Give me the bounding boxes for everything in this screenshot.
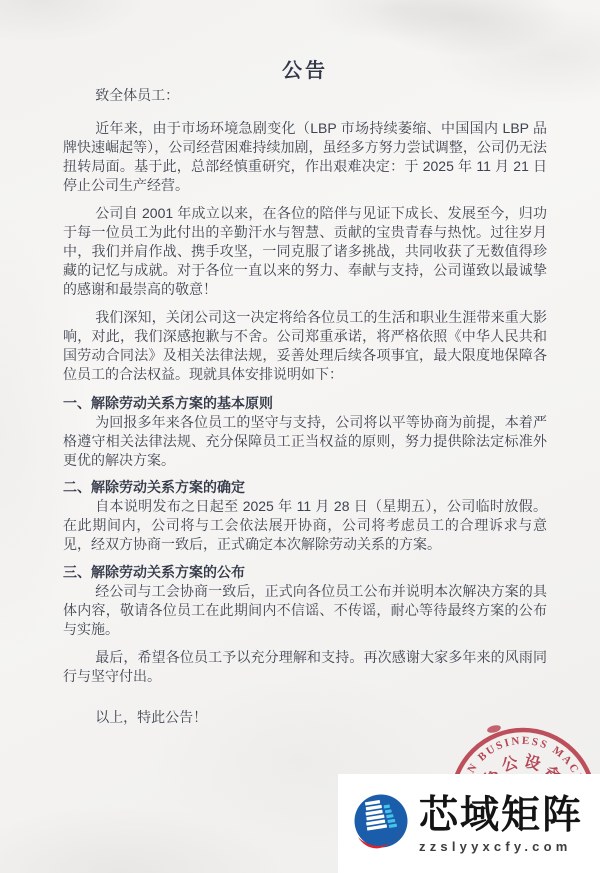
closing-paragraph: 最后，希望各位员工予以充分理解和支持。再次感谢大家多年来的风雨同行与坚守付出。: [63, 648, 547, 686]
paragraph-commitment: 我们深知，关闭公司这一决定将给各位员工的生活和职业生涯带来重大影响，对此，我们深…: [63, 308, 547, 384]
section-heading-2: 二、解除劳动关系方案的确定: [63, 478, 547, 497]
section-body-1: 为回报多年来各位员工的坚守与支持，公司将以平等协商为前提，本着严格遵守相关法律法…: [63, 413, 547, 470]
brand-logo-icon: [352, 793, 412, 857]
watermark-panel: 芯域矩阵 zzslyyxcfy.com: [338, 774, 600, 873]
section-heading-1: 一、解除劳动关系方案的基本原则: [63, 394, 547, 413]
salutation: 致全体员工：: [63, 86, 547, 105]
section-heading-3: 三、解除劳动关系方案的公布: [63, 563, 547, 582]
announcement-title: 公告: [63, 56, 547, 86]
paragraph-intro: 近年来，由于市场环境急剧变化（LBP 市场持续萎缩、中国国内 LBP 品牌快速崛…: [63, 119, 547, 195]
brand-name: 芯域矩阵: [419, 793, 583, 837]
section-body-2: 自本说明发布之日起至 2025 年 11 月 28 日（星期五），公司临时放假。…: [63, 497, 547, 554]
document-photo: 公告 致全体员工： 近年来，由于市场环境急剧变化（LBP 市场持续萎缩、中国国内…: [0, 0, 600, 873]
section-body-3: 经公司与工会协商一致后，正式向各位员工公布并说明本次解决方案的具体内容，敬请各位…: [63, 582, 547, 639]
brand-domain: zzslyyxcfy.com: [419, 839, 583, 854]
paragraph-gratitude: 公司自 2001 年成立以来，在各位的陪伴与见证下成长、发展至今，归功于每一位员…: [63, 204, 547, 299]
